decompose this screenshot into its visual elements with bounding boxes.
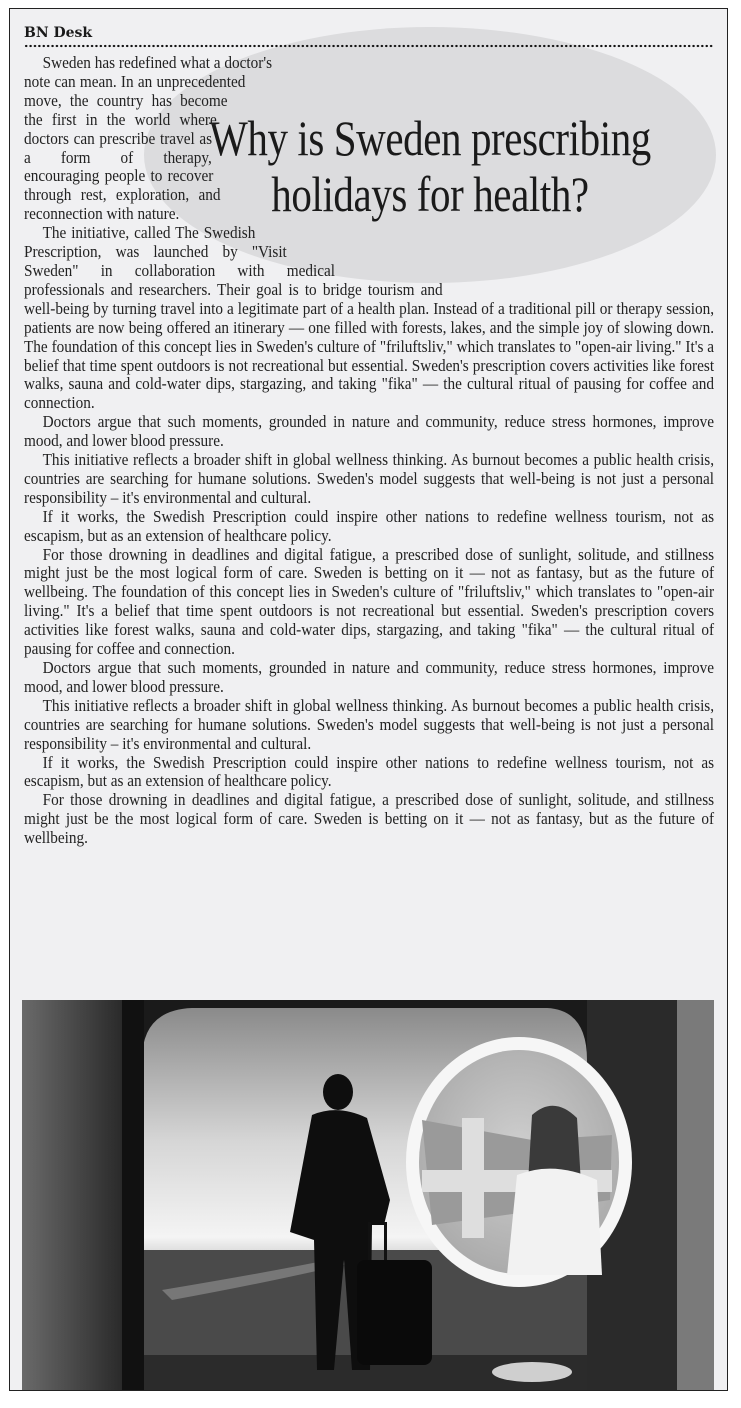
byline: BN Desk bbox=[24, 25, 92, 41]
article-photo bbox=[22, 1000, 714, 1390]
paragraph: This initiative reflects a broader shift… bbox=[24, 697, 714, 754]
paragraph: If it works, the Swedish Prescription co… bbox=[24, 508, 714, 546]
paragraph: Doctors argue that such moments, grounde… bbox=[24, 659, 714, 697]
paragraph: If it works, the Swedish Prescription co… bbox=[24, 754, 714, 792]
dotted-rule bbox=[24, 44, 714, 48]
article-body: Sweden has redefined what a doctor's not… bbox=[24, 54, 714, 848]
paragraph: For those drowning in deadlines and digi… bbox=[24, 791, 714, 848]
paragraph: For those drowning in deadlines and digi… bbox=[24, 546, 714, 659]
paragraph: This initiative reflects a broader shift… bbox=[24, 451, 714, 508]
paragraph: Doctors argue that such moments, grounde… bbox=[24, 413, 714, 451]
photo-illustration bbox=[22, 1000, 714, 1390]
